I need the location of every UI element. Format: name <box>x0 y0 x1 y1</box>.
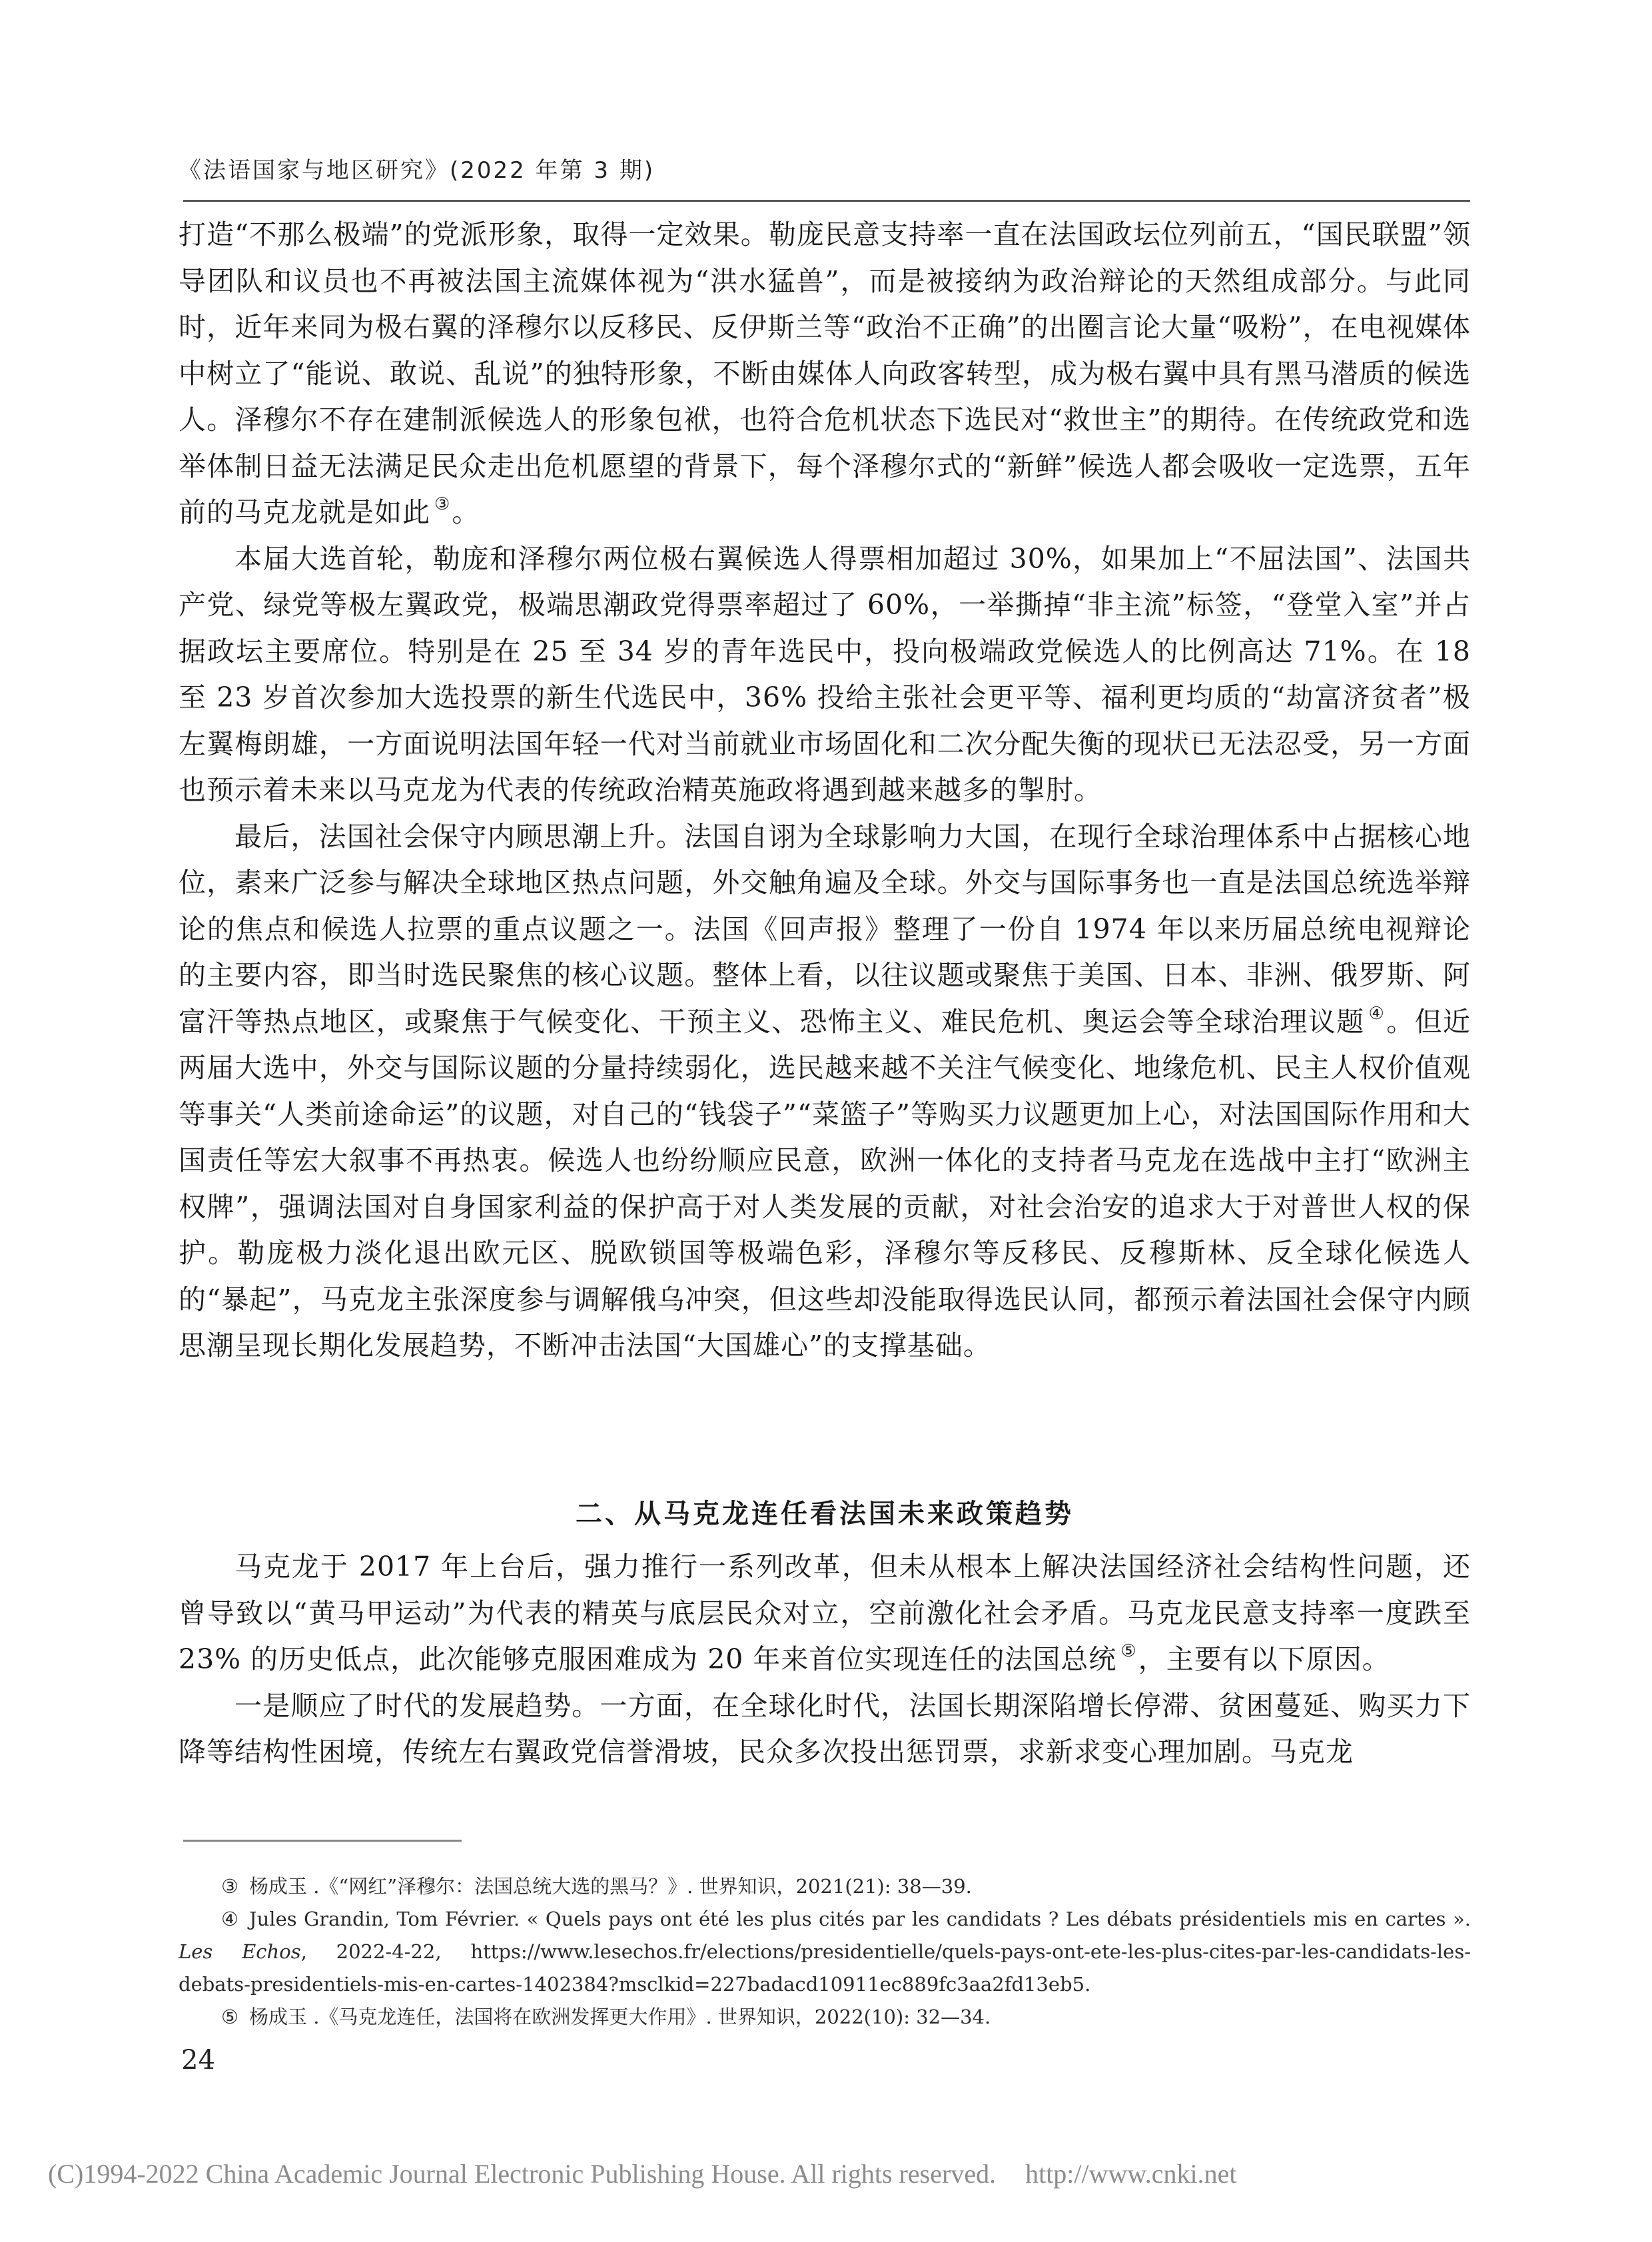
footnote-divider <box>183 1840 462 1842</box>
paragraph-extreme-parties: 本届大选首轮，勒庞和泽穆尔两位极右翼候选人得票相加超过 30%，如果加上“不屈法… <box>179 536 1471 814</box>
footnote-text: Jules Grandin, Tom Février. « Quels pays… <box>249 1908 1471 1930</box>
paragraph-conservative-trend: 最后，法国社会保守内顾思潮上升。法国自诩为全球影响力大国，在现行全球治理体系中占… <box>179 814 1471 1369</box>
footnote-ref-4[interactable]: ④ <box>1369 1004 1386 1024</box>
paragraph-far-right-image: 打造“不那么极端”的党派形象，取得一定效果。勒庞民意支持率一直在法国政坛位列前五… <box>179 212 1471 536</box>
body-text-block: 打造“不那么极端”的党派形象，取得一定效果。勒庞民意支持率一直在法国政坛位列前五… <box>179 212 1471 1369</box>
paragraph-trend-reason: 一是顺应了时代的发展趋势。一方面，在全球化时代，法国长期深陷增长停滞、贫困蔓延、… <box>179 1683 1471 1776</box>
footnote-3: ③杨成玉 .《“网红”泽穆尔：法国总统大选的黑马？》. 世界知识，2021(21… <box>179 1870 1471 1903</box>
footnote-number: ③ <box>221 1870 238 1903</box>
paragraph-text: 最后，法国社会保守内顾思潮上升。法国自诩为全球影响力大国，在现行全球治理体系中占… <box>179 821 1471 1038</box>
footnote-link-text[interactable]: , 2022-4-22, https://www.lesechos.fr/ele… <box>179 1940 1471 1996</box>
header-divider <box>183 200 1470 202</box>
section-body-text: 马克龙于 2017 年上台后，强力推行一系列改革，但未从根本上解决法国经济社会结… <box>179 1544 1471 1776</box>
cnki-url-link[interactable]: http://www.cnki.net <box>1025 2159 1236 2189</box>
journal-page: 《法语国家与地区研究》(2022 年第 3 期) 打造“不那么极端”的党派形象，… <box>0 0 1652 2242</box>
page-number: 24 <box>181 2045 215 2075</box>
paragraph-text: 。但近两届大选中，外交与国际议题的分量持续弱化，选民越来越不关注气候变化、地缘危… <box>179 1006 1471 1362</box>
footnote-number: ⑤ <box>221 2001 238 2034</box>
footnote-text: 杨成玉 .《马克龙连任，法国将在欧洲发挥更大作用》. 世界知识，2022(10)… <box>249 2006 991 2028</box>
copyright-watermark: (C)1994-2022 China Academic Journal Elec… <box>48 2158 1236 2189</box>
footnote-5: ⑤杨成玉 .《马克龙连任，法国将在欧洲发挥更大作用》. 世界知识，2022(10… <box>179 2001 1471 2034</box>
section-heading: 二、从马克龙连任看法国未来政策趋势 <box>179 1493 1471 1531</box>
footnote-ref-3[interactable]: ③ <box>434 494 450 514</box>
paragraph-text: 打造“不那么极端”的党派形象，取得一定效果。勒庞民意支持率一直在法国政坛位列前五… <box>179 218 1471 528</box>
copyright-text: (C)1994-2022 China Academic Journal Elec… <box>48 2159 996 2189</box>
paragraph-text: ，主要有以下原因。 <box>1138 1643 1390 1675</box>
footnote-4: ④Jules Grandin, Tom Février. « Quels pay… <box>179 1903 1471 2001</box>
footnote-text: 杨成玉 .《“网红”泽穆尔：法国总统大选的黑马？》. 世界知识，2021(21)… <box>249 1875 972 1898</box>
paragraph-text: 。 <box>452 496 480 528</box>
footnote-source-italic: Les Echos <box>179 1940 301 1963</box>
running-head-title: 《法语国家与地区研究》(2022 年第 3 期) <box>179 152 655 185</box>
paragraph-macron-reelection: 马克龙于 2017 年上台后，强力推行一系列改革，但未从根本上解决法国经济社会结… <box>179 1544 1471 1683</box>
footnote-number: ④ <box>221 1903 238 1936</box>
footnote-ref-5[interactable]: ⑤ <box>1120 1641 1136 1661</box>
footnotes: ③杨成玉 .《“网红”泽穆尔：法国总统大选的黑马？》. 世界知识，2021(21… <box>179 1870 1471 2034</box>
